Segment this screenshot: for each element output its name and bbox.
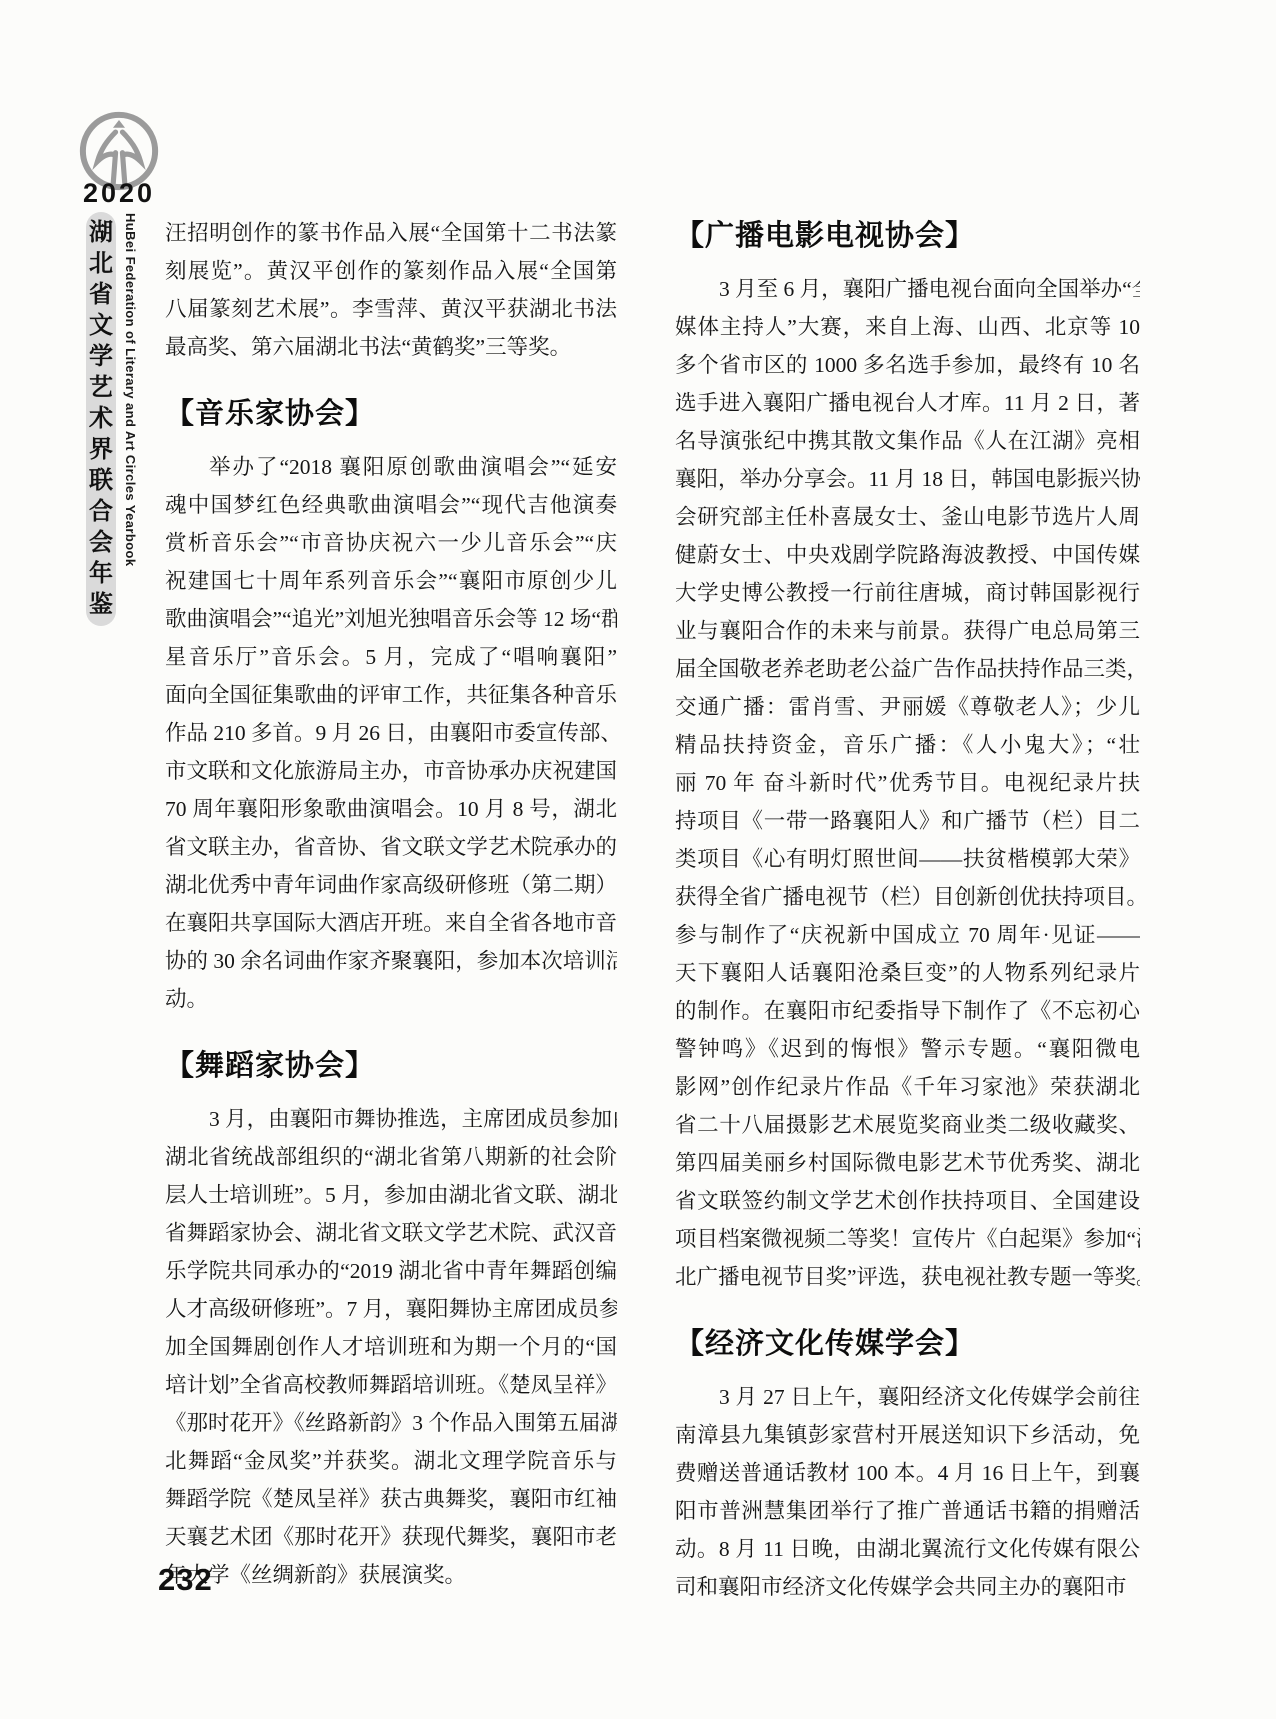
text-line: 的制作。在襄阳市纪委指导下制作了《不忘初心 <box>675 992 1140 1030</box>
text-line: 层人士培训班”。5 月，参加由湖北省文联、湖北 <box>165 1176 617 1214</box>
text-line: 3 月 27 日上午，襄阳经济文化传媒学会前往 <box>675 1378 1140 1416</box>
text-line: 魂中国梦红色经典歌曲演唱会”“现代吉他演奏 <box>165 486 617 524</box>
text-line: 舞蹈学院《楚凤呈祥》获古典舞奖，襄阳市红袖 <box>165 1480 617 1518</box>
sidebar-char: 年 <box>89 562 113 586</box>
text-line: 省舞蹈家协会、湖北省文联文学艺术院、武汉音 <box>165 1214 617 1252</box>
sidebar-char: 湖 <box>89 221 113 245</box>
text-line: 刻展览”。黄汉平创作的篆刻作品入展“全国第 <box>165 252 617 290</box>
sidebar-char: 术 <box>89 407 113 431</box>
page-number: 232 <box>158 1563 213 1597</box>
year-badge: 2020 <box>64 178 174 208</box>
text-line: 会研究部主任朴喜晟女士、釜山电影节选片人周 <box>675 498 1140 536</box>
text-line: 市文联和文化旅游局主办，市音协承办庆祝建国 <box>165 752 617 790</box>
text-line: 人才高级研修班”。7 月，襄阳舞协主席团成员参 <box>165 1290 617 1328</box>
text-line: 加全国舞剧创作人才培训班和为期一个月的“国 <box>165 1328 617 1366</box>
left-column: 汪招明创作的篆书作品入展“全国第十二书法篆刻展览”。黄汉平创作的篆刻作品入展“全… <box>165 214 617 1594</box>
sidebar-char: 联 <box>89 469 113 493</box>
text-line: 获得全省广播电视节（栏）目创新创优扶持项目。 <box>675 878 1140 916</box>
text-line: 类项目《心有明灯照世间——扶贫楷模郭大荣》 <box>675 840 1140 878</box>
text-line: 面向全国征集歌曲的评审工作，共征集各种音乐 <box>165 676 617 714</box>
right-column: 【广播电影电视协会】3 月至 6 月，襄阳广播电视台面向全国举办“全媒体主持人”… <box>675 214 1140 1606</box>
text-line: 培计划”全省高校教师舞蹈培训班。《楚凤呈祥》 <box>165 1366 617 1404</box>
text-line: 年大学《丝绸新韵》获展演奖。 <box>165 1556 617 1594</box>
sidebar-char: 鉴 <box>89 593 113 617</box>
section-heading: 【舞蹈家协会】 <box>165 1044 617 1088</box>
sidebar-title-chinese: 湖北省文学艺术界联合会年鉴 <box>86 212 116 626</box>
text-line: 协的 30 余名词曲作家齐聚襄阳，参加本次培训活 <box>165 942 617 980</box>
text-line: 项目档案微视频二等奖！宣传片《白起渠》参加“湖 <box>675 1220 1140 1258</box>
paragraph: 3 月，由襄阳市舞协推选，主席团成员参加由湖北省统战部组织的“湖北省第八期新的社… <box>165 1100 617 1594</box>
text-line: 湖北优秀中青年词曲作家高级研修班（第二期） <box>165 866 617 904</box>
text-line: 交通广播：雷肖雪、尹丽媛《尊敬老人》；少儿 <box>675 688 1140 726</box>
text-line: 费赠送普通话教材 100 本。4 月 16 日上午，到襄 <box>675 1454 1140 1492</box>
text-line: 多个省市区的 1000 多名选手参加，最终有 10 名 <box>675 346 1140 384</box>
section-heading: 【广播电影电视协会】 <box>675 214 1140 258</box>
text-line: 汪招明创作的篆书作品入展“全国第十二书法篆 <box>165 214 617 252</box>
sidebar-char: 合 <box>89 500 113 524</box>
text-line: 八届篆刻艺术展”。李雪萍、黄汉平获湖北书法 <box>165 290 617 328</box>
paragraph: 3 月至 6 月，襄阳广播电视台面向全国举办“全媒体主持人”大赛，来自上海、山西… <box>675 270 1140 1296</box>
section-heading: 【音乐家协会】 <box>165 392 617 436</box>
text-line: 作品 210 多首。9 月 26 日，由襄阳市委宣传部、 <box>165 714 617 752</box>
text-line: 襄阳，举办分享会。11 月 18 日，韩国电影振兴协 <box>675 460 1140 498</box>
text-line: 大学史博公教授一行前往唐城，商讨韩国影视行 <box>675 574 1140 612</box>
sidebar-title-english: HuBei Federation of Literary and Art Cir… <box>121 213 139 567</box>
text-line: 媒体主持人”大赛，来自上海、山西、北京等 10 <box>675 308 1140 346</box>
text-line: 70 周年襄阳形象歌曲演唱会。10 月 8 号，湖北 <box>165 790 617 828</box>
text-line: 影网”创作纪录片作品《千年习家池》荣获湖北 <box>675 1068 1140 1106</box>
section-heading: 【经济文化传媒学会】 <box>675 1322 1140 1366</box>
text-line: 3 月，由襄阳市舞协推选，主席团成员参加由 <box>165 1100 617 1138</box>
sidebar-char: 界 <box>89 438 113 462</box>
text-line: 北广播电视节目奖”评选，获电视社教专题一等奖。 <box>675 1258 1140 1296</box>
paragraph: 3 月 27 日上午，襄阳经济文化传媒学会前往南漳县九集镇彭家营村开展送知识下乡… <box>675 1378 1140 1606</box>
text-line: 举办了“2018 襄阳原创歌曲演唱会”“延安 <box>165 448 617 486</box>
text-line: 北舞蹈“金凤奖”并获奖。湖北文理学院音乐与 <box>165 1442 617 1480</box>
text-line: 第四届美丽乡村国际微电影艺术节优秀奖、湖北 <box>675 1144 1140 1182</box>
text-line: 天襄艺术团《那时花开》获现代舞奖，襄阳市老 <box>165 1518 617 1556</box>
text-line: 乐学院共同承办的“2019 湖北省中青年舞蹈创编 <box>165 1252 617 1290</box>
text-line: 南漳县九集镇彭家营村开展送知识下乡活动，免 <box>675 1416 1140 1454</box>
sidebar-char: 会 <box>89 531 113 555</box>
text-line: 参与制作了“庆祝新中国成立 70 周年·见证—— <box>675 916 1140 954</box>
text-line: 天下襄阳人话襄阳沧桑巨变”的人物系列纪录片 <box>675 954 1140 992</box>
paragraph: 汪招明创作的篆书作品入展“全国第十二书法篆刻展览”。黄汉平创作的篆刻作品入展“全… <box>165 214 617 366</box>
text-line: 《那时花开》《丝路新韵》3 个作品入围第五届湖 <box>165 1404 617 1442</box>
text-line: 省文联主办，省音协、省文联文学艺术院承办的 <box>165 828 617 866</box>
sidebar-char: 省 <box>89 283 113 307</box>
yearbook-page: 2020 湖北省文学艺术界联合会年鉴 HuBei Federation of L… <box>0 0 1276 1719</box>
sidebar-char: 学 <box>89 345 113 369</box>
text-line: 动。8 月 11 日晚，由湖北翼流行文化传媒有限公 <box>675 1530 1140 1568</box>
text-line: 星音乐厅”音乐会。5 月，完成了“唱响襄阳” <box>165 638 617 676</box>
text-line: 选手进入襄阳广播电视台人才库。11 月 2 日，著 <box>675 384 1140 422</box>
text-line: 警钟鸣》《迟到的悔恨》警示专题。“襄阳微电 <box>675 1030 1140 1068</box>
text-line: 湖北省统战部组织的“湖北省第八期新的社会阶 <box>165 1138 617 1176</box>
text-line: 祝建国七十周年系列音乐会”“襄阳市原创少儿 <box>165 562 617 600</box>
text-line: 丽 70 年 奋斗新时代”优秀节目。电视纪录片扶 <box>675 764 1140 802</box>
text-line: 歌曲演唱会”“追光”刘旭光独唱音乐会等 12 场“群 <box>165 600 617 638</box>
text-line: 3 月至 6 月，襄阳广播电视台面向全国举办“全 <box>675 270 1140 308</box>
paragraph: 举办了“2018 襄阳原创歌曲演唱会”“延安魂中国梦红色经典歌曲演唱会”“现代吉… <box>165 448 617 1018</box>
text-line: 省二十八届摄影艺术展览奖商业类二级收藏奖、 <box>675 1106 1140 1144</box>
text-line: 阳市普洲慧集团举行了推广普通话书籍的捐赠活 <box>675 1492 1140 1530</box>
text-line: 名导演张纪中携其散文集作品《人在江湖》亮相 <box>675 422 1140 460</box>
text-line: 省文联签约制文学艺术创作扶持项目、全国建设 <box>675 1182 1140 1220</box>
text-line: 最高奖、第六届湖北书法“黄鹤奖”三等奖。 <box>165 328 617 366</box>
text-line: 业与襄阳合作的未来与前景。获得广电总局第三 <box>675 612 1140 650</box>
text-line: 赏析音乐会”“市音协庆祝六一少儿音乐会”“庆 <box>165 524 617 562</box>
sidebar-char: 北 <box>89 252 113 276</box>
sidebar-char: 艺 <box>89 376 113 400</box>
text-line: 届全国敬老养老助老公益广告作品扶持作品三类， <box>675 650 1140 688</box>
text-line: 健蔚女士、中央戏剧学院路海波教授、中国传媒 <box>675 536 1140 574</box>
text-line: 动。 <box>165 980 617 1018</box>
text-line: 司和襄阳市经济文化传媒学会共同主办的襄阳市 <box>675 1568 1140 1606</box>
text-line: 精品扶持资金，音乐广播：《人小鬼大》；“壮 <box>675 726 1140 764</box>
text-line: 在襄阳共享国际大酒店开班。来自全省各地市音 <box>165 904 617 942</box>
sidebar-char: 文 <box>89 314 113 338</box>
text-line: 持项目《一带一路襄阳人》和广播节（栏）目二 <box>675 802 1140 840</box>
